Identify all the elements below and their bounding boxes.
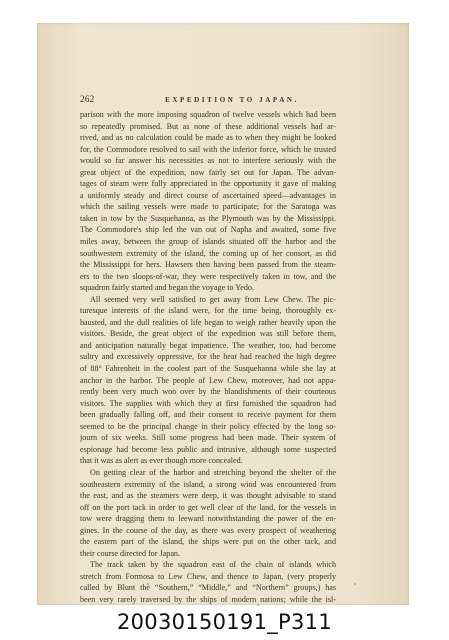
text-line: would so far answer his necessities as n… bbox=[80, 155, 336, 167]
text-line: miles away, between the group of islands… bbox=[80, 236, 336, 248]
text-line: tow were dragging them to leeward notwit… bbox=[80, 513, 336, 525]
text-line: the east, and as the steamers were deep,… bbox=[80, 490, 336, 502]
body-text: parison with the more imposing squadron … bbox=[80, 109, 336, 606]
text-line: great object of the expedition, now fair… bbox=[80, 167, 336, 179]
text-line: the eastern part of the island, the ship… bbox=[80, 536, 336, 548]
text-line: for, the Commodore resolved to sail with… bbox=[80, 144, 336, 156]
paper-speck bbox=[147, 583, 149, 585]
text-line: On getting clear of the harbor and stret… bbox=[80, 467, 336, 479]
text-line: southwestern extremity of the island, th… bbox=[80, 248, 336, 260]
text-line: of 88° Fahrenheit in the coolest part of… bbox=[80, 363, 336, 375]
text-line: sultry and excessively oppressive, for t… bbox=[80, 351, 336, 363]
paper-speck bbox=[257, 604, 259, 606]
text-line: that it was as alert as ever though more… bbox=[80, 455, 336, 467]
text-line: journ of six weeks. Still some progress … bbox=[80, 432, 336, 444]
text-line: a uniformly steady and direct course of … bbox=[80, 190, 336, 202]
text-line: The track taken by the squadron east of … bbox=[80, 559, 336, 571]
text-line: seemed to be the principal change in the… bbox=[80, 421, 336, 433]
paper-speck bbox=[354, 583, 356, 585]
text-line: espionage had become less public and int… bbox=[80, 444, 336, 456]
text-line: been very rarely traversed by the ships … bbox=[80, 594, 336, 606]
text-line: All seemed very well satisfied to get aw… bbox=[80, 294, 336, 306]
text-line: called by Blunt the “Southern,” “Middle,… bbox=[80, 582, 336, 594]
running-title: EXPEDITION TO JAPAN. bbox=[128, 96, 336, 104]
text-line: so repeatedly promised. But as none of t… bbox=[80, 121, 336, 133]
text-line: ers to the two sloops-of-war, they were … bbox=[80, 271, 336, 283]
text-line: and anticipation naturally begat impatie… bbox=[80, 340, 336, 352]
text-line: southeastern extremity of the island, a … bbox=[80, 479, 336, 491]
text-line: squadron fairly started and began the vo… bbox=[80, 282, 336, 294]
text-line: gines. In the course of the day, as ther… bbox=[80, 525, 336, 537]
text-line: parison with the more imposing squadron … bbox=[80, 109, 336, 121]
text-line: hausted, and the dull realities of life … bbox=[80, 317, 336, 329]
text-line: The Commodore's ship led the van out of … bbox=[80, 224, 336, 236]
text-line: turesque interests of the island were, f… bbox=[80, 305, 336, 317]
text-line: which the sailing vessels were made to p… bbox=[80, 201, 336, 213]
text-line: stretch from Formosa to Lew Chew, and th… bbox=[80, 571, 336, 583]
text-line: anchor in the harbor. The people of Lew … bbox=[80, 375, 336, 387]
text-line: rently been very much won over by the bl… bbox=[80, 386, 336, 398]
text-line: the Mississippi for hers. Hawsers then h… bbox=[80, 259, 336, 271]
page-header: 262 EXPEDITION TO JAPAN. bbox=[80, 95, 336, 107]
text-line: rived, and as no calculation could be ma… bbox=[80, 132, 336, 144]
text-line: been gradually falling off, and their co… bbox=[80, 409, 336, 421]
text-line: their course directed for Japan. bbox=[80, 548, 336, 560]
text-line: visitors. Beside, the great object of th… bbox=[80, 328, 336, 340]
text-line: visitors. The supplies with which they a… bbox=[80, 398, 336, 410]
text-line: tages of steam were fully appreciated in… bbox=[80, 178, 336, 190]
text-line: off on the port tack in order to get wel… bbox=[80, 502, 336, 514]
image-caption: 20030150191_P311 bbox=[0, 610, 449, 634]
page-number: 262 bbox=[80, 95, 94, 105]
text-line: taken in tow by the Susquehanna, as the … bbox=[80, 213, 336, 225]
